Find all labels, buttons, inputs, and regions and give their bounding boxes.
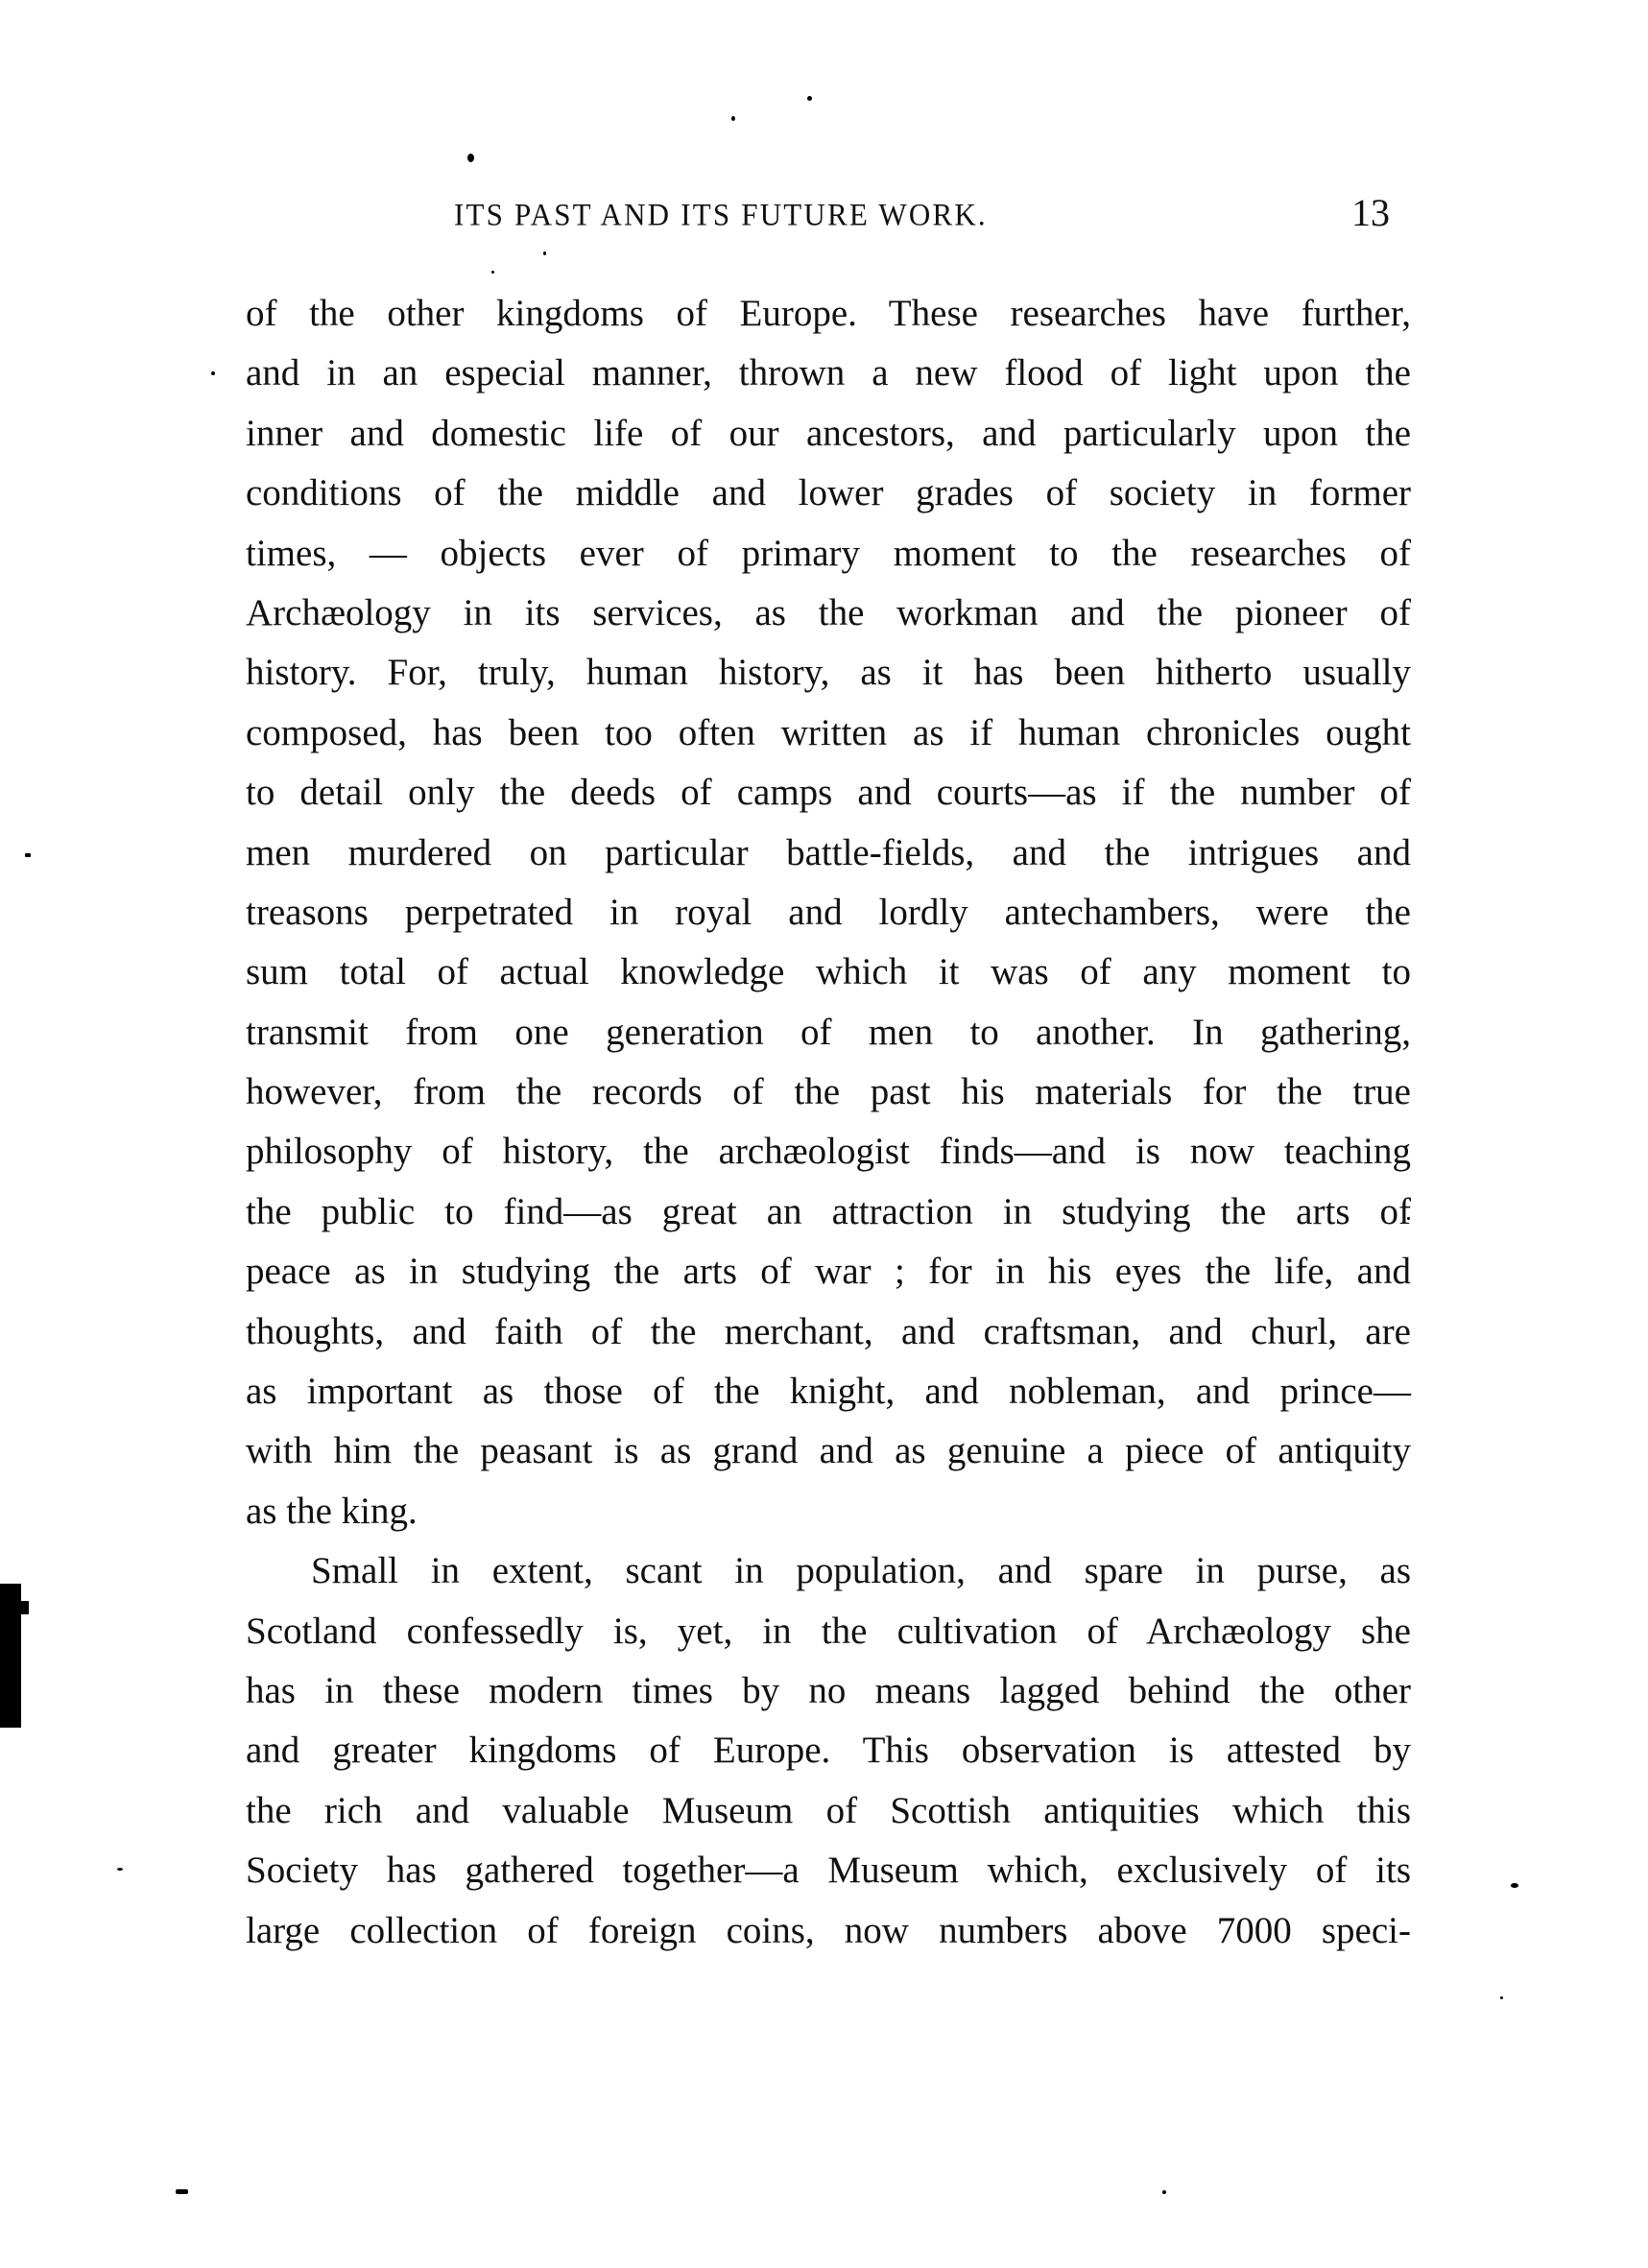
text-line: inner and domestic life of our ancestors… bbox=[246, 404, 1411, 464]
scan-speck bbox=[1511, 1883, 1518, 1888]
text-line: conditions of the middle and lower grade… bbox=[246, 464, 1411, 523]
running-head-title: ITS PAST AND ITS FUTURE WORK. bbox=[454, 197, 988, 233]
text-line: and in an especial manner, thrown a new … bbox=[246, 344, 1411, 403]
text-line: Small in extent, scant in population, an… bbox=[246, 1541, 1411, 1601]
text-line: thoughts, and faith of the merchant, and… bbox=[246, 1302, 1411, 1362]
text-line: peace as in studying the arts of war ; f… bbox=[246, 1242, 1411, 1301]
scan-speck bbox=[25, 853, 31, 857]
scan-speck bbox=[1162, 2190, 1166, 2194]
text-line: as the king. bbox=[246, 1482, 1411, 1541]
text-line: men murdered on particular battle-fields… bbox=[246, 824, 1411, 883]
scan-speck bbox=[211, 371, 215, 375]
text-line: sum total of actual knowledge which it w… bbox=[246, 943, 1411, 1002]
text-line: with him the peasant is as grand and as … bbox=[246, 1421, 1411, 1481]
text-line: has in these modern times by no means la… bbox=[246, 1661, 1411, 1721]
body-text: of the other kingdoms of Europe. These r… bbox=[246, 284, 1411, 1961]
text-line: treasons perpetrated in royal and lordly… bbox=[246, 883, 1411, 943]
text-line: however, from the records of the past hi… bbox=[246, 1062, 1411, 1122]
scan-speck bbox=[117, 1868, 123, 1871]
book-page: ITS PAST AND ITS FUTURE WORK. 13 of the … bbox=[0, 0, 1648, 2268]
paragraph-2: Small in extent, scant in population, an… bbox=[246, 1541, 1411, 1961]
paragraph-1: of the other kingdoms of Europe. These r… bbox=[246, 284, 1411, 1541]
text-line: Scotland confessedly is, yet, in the cul… bbox=[246, 1602, 1411, 1661]
text-line: to detail only the deeds of camps and co… bbox=[246, 763, 1411, 823]
scan-edge-shadow bbox=[0, 1601, 29, 1614]
scan-speck bbox=[807, 96, 812, 101]
text-line: history. For, truly, human history, as i… bbox=[246, 643, 1411, 703]
text-line: Society has gathered together—a Museum w… bbox=[246, 1841, 1411, 1900]
text-line: the rich and valuable Museum of Scottish… bbox=[246, 1781, 1411, 1841]
text-line: the public to find—as great an attractio… bbox=[246, 1182, 1411, 1242]
text-line: philosophy of history, the archæologist … bbox=[246, 1122, 1411, 1182]
scan-speck bbox=[467, 154, 474, 162]
text-line: and greater kingdoms of Europe. This obs… bbox=[246, 1721, 1411, 1780]
running-head: ITS PAST AND ITS FUTURE WORK. 13 bbox=[454, 190, 1414, 238]
scan-speck bbox=[176, 2189, 188, 2194]
scan-speck bbox=[1500, 1996, 1503, 1999]
text-line: Archæology in its services, as the workm… bbox=[246, 584, 1411, 643]
text-line: composed, has been too often written as … bbox=[246, 704, 1411, 763]
scan-speck bbox=[731, 116, 735, 121]
text-line: transmit from one generation of men to a… bbox=[246, 1003, 1411, 1062]
text-line: as important as those of the knight, and… bbox=[246, 1362, 1411, 1421]
text-line: of the other kingdoms of Europe. These r… bbox=[246, 284, 1411, 344]
text-line: large collection of foreign coins, now n… bbox=[246, 1901, 1411, 1961]
page-number: 13 bbox=[1351, 190, 1390, 235]
scan-speck bbox=[491, 271, 494, 274]
scan-speck bbox=[543, 251, 546, 255]
text-line: times, — objects ever of primary moment … bbox=[246, 524, 1411, 584]
